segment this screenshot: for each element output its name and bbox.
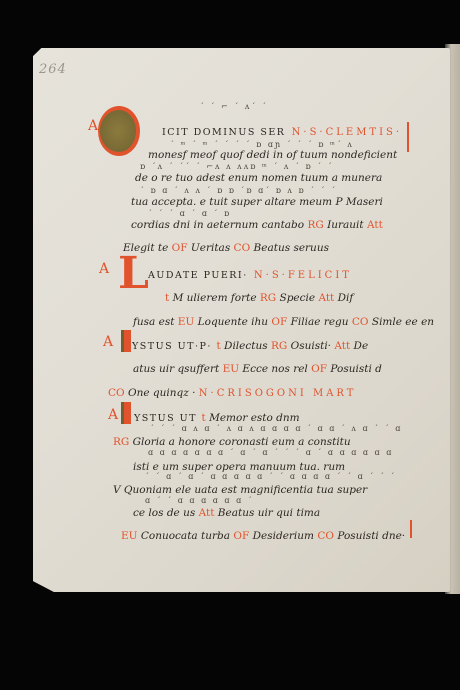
folio-number: 264 [39, 62, 67, 77]
text-line: de o re tuo adest enum nomen tuum a mune… [135, 172, 382, 184]
marginal-a-mark: A [88, 118, 98, 134]
neume-row: ˊ ˊ ⌐ ˊ ʌˊ ˊ [200, 102, 268, 111]
margin-bracket [410, 520, 412, 538]
text-line: EU Conuocata turba OF Desiderium CO Posu… [121, 530, 405, 542]
rubric-text: RG [271, 340, 287, 352]
initial-l-gilded: L [118, 255, 144, 293]
neume-row: ˊ ˊ ˊ ɑ ˊ ɑ ˊ ɒ [148, 209, 231, 218]
text-line: ICIT DOMINUS SER N·S·CLEMTIS· [162, 126, 402, 138]
text-span: Ecce nos rel [239, 363, 311, 375]
rubric-text: CO [108, 387, 125, 399]
rubric-text: OF [233, 530, 249, 542]
text-line: fusa est EU Loquente ihu OF Filiae regu … [133, 316, 434, 328]
rubric-text: t [165, 292, 173, 304]
rubric-text: Att [318, 292, 334, 304]
text-span: V Quoniam ele uata est magnificentia tua… [113, 484, 367, 496]
marginal-a-mark: A [108, 407, 118, 423]
margin-bracket [407, 122, 409, 152]
text-span: Elegit te [123, 242, 172, 254]
text-span: M ulierem forte [173, 292, 260, 304]
rubric-text: N·S·CLEMTIS· [285, 127, 402, 138]
text-span: AUDATE PUERI· [148, 270, 248, 281]
rubric-text: EU [223, 363, 240, 375]
rubric-text: Att [199, 507, 215, 519]
text-line: YSTUS UT·P· t Dilectus RG Osuisti· Att D… [132, 340, 368, 352]
text-span: YSTUS UT [134, 413, 202, 424]
rubric-text: Att [334, 340, 350, 352]
rubric-text: N·S·FELICIT [248, 270, 352, 281]
neume-row: ˊ ˊ ɑ ˊ ɑ ˊ ɑ ɑ ɑ ɑ ɑ ˊ ˊ ɑ ɑ ɑ ɑ ˊ ˊ ɑ … [145, 472, 396, 481]
text-span: YSTUS UT·P· [132, 341, 216, 352]
text-line: AUDATE PUERI· N·S·FELICIT [148, 269, 352, 281]
text-span: Loquente ihu [194, 316, 271, 328]
text-line: t M ulierem forte RG Specie Att Dif [165, 292, 353, 304]
text-span: De [350, 340, 368, 352]
rubric-text: RG [113, 436, 129, 448]
text-span: Osuisti· [287, 340, 334, 352]
neume-row: ˊ ᵐ ˊ ᵐ ˊ ˊ ˊ ˊ ɒ ɑɲ ˊ ˊ ˊ ɒ ᵐˊ ʌ [170, 140, 354, 149]
rubric-text: CO [352, 316, 369, 328]
text-line: monesf meof quof dedi in of tuum nondefi… [148, 149, 397, 161]
text-span: Gloria a honore coronasti eum a constitu [129, 436, 350, 448]
text-line: cordias dni in aeternum cantabo RG Iurau… [131, 219, 383, 231]
text-span: Simle ee en [369, 316, 435, 328]
text-span: Iurauit [324, 219, 367, 231]
neume-row: ɑ ˊ ˊ ɑ ɑ ɑ ɑ ɑ ɑ ˊ [145, 496, 254, 505]
neume-row: ɑ ɑ ɑ ɑ ɑ ɑ ɑ ˊ ɑ ˊ ɑ ˊ ˊ ˊ ɑ ˊ ɑ ɑ ɑ ɑ … [148, 448, 393, 457]
text-line: Elegit te OF Ueritas CO Beatus seruus [123, 242, 329, 254]
rubric-text: CO [317, 530, 334, 542]
text-line: YSTUS UT t Memor esto dnm [134, 412, 300, 424]
text-span: Beatus uir qui tima [214, 507, 320, 519]
rubric-text: CO [234, 242, 251, 254]
rubric-text: Att [367, 219, 383, 231]
text-line: tua accepta. e tuit super altare meum P … [131, 196, 383, 208]
text-span: Ueritas [188, 242, 234, 254]
text-span: Dif [334, 292, 353, 304]
text-line: V Quoniam ele uata est magnificentia tua… [113, 484, 367, 496]
text-span: Desiderium [249, 530, 317, 542]
marginal-a-mark: A [99, 261, 109, 277]
text-span: Memor esto dnm [206, 412, 300, 424]
text-span: Filiae regu [287, 316, 352, 328]
rubric-text: N·CRISOGONI MART [199, 388, 357, 399]
rubric-text: OF [271, 316, 287, 328]
text-span: atus uir qsuffert [133, 363, 223, 375]
neume-row: ˊ ɒ ɑ ˊ ʌ ʌ ˊ ɒ ɒ ˊɒ ɑˊ ɒ ʌ ɒ ˊ ˊ ˊ [140, 186, 337, 195]
text-line: CO One quinqz · N·CRISOGONI MART [108, 387, 356, 399]
rubric-text: EU [178, 316, 195, 328]
text-span: tua accepta. e tuit super altare meum P … [131, 196, 383, 208]
neume-row: ɒ ˊʌ ˊ ˊˊ ˊ ⌐ʌ ʌ ʌʌɒ ᵐ ˊ ʌ ˊ ɒ ˊ ˊ [140, 162, 334, 171]
text-line: ce los de us Att Beatus uir qui tima [133, 507, 320, 519]
neume-row: ˊ ˊ ˊ ɑ ʌ ɑ ˊ ʌ ɑ ʌ ɑ ɑ ɑ ɑ ˊ ɑ ɑ ˊ ʌ ɑ … [150, 424, 402, 433]
text-line: RG Gloria a honore coronasti eum a const… [113, 436, 351, 448]
text-span: Beatus seruus [250, 242, 329, 254]
text-span: ICIT DOMINUS SER [162, 127, 285, 138]
text-span: monesf meof quof dedi in of tuum nondefi… [148, 149, 397, 161]
text-span: Conuocata turba [138, 530, 234, 542]
rubric-text: RG [307, 219, 323, 231]
rubric-text: EU [121, 530, 138, 542]
initial-d-gilded [98, 106, 140, 156]
text-span: Dilectus [221, 340, 271, 352]
initial-i-gilded [121, 330, 131, 352]
rubric-text: RG [260, 292, 276, 304]
text-span: Posuisti dne· [334, 530, 405, 542]
text-span: ce los de us [133, 507, 199, 519]
rubric-text: OF [311, 363, 327, 375]
rubric-text: OF [172, 242, 188, 254]
text-span: de o re tuo adest enum nomen tuum a mune… [135, 172, 382, 184]
initial-i-gilded [121, 402, 131, 424]
text-span: Posuisti d [327, 363, 382, 375]
text-span: cordias dni in aeternum cantabo [131, 219, 307, 231]
text-span: One quinqz · [125, 387, 199, 399]
marginal-a-mark: A [103, 334, 113, 350]
text-span: fusa est [133, 316, 178, 328]
text-line: atus uir qsuffert EU Ecce nos rel OF Pos… [133, 363, 382, 375]
text-span: Specie [276, 292, 318, 304]
